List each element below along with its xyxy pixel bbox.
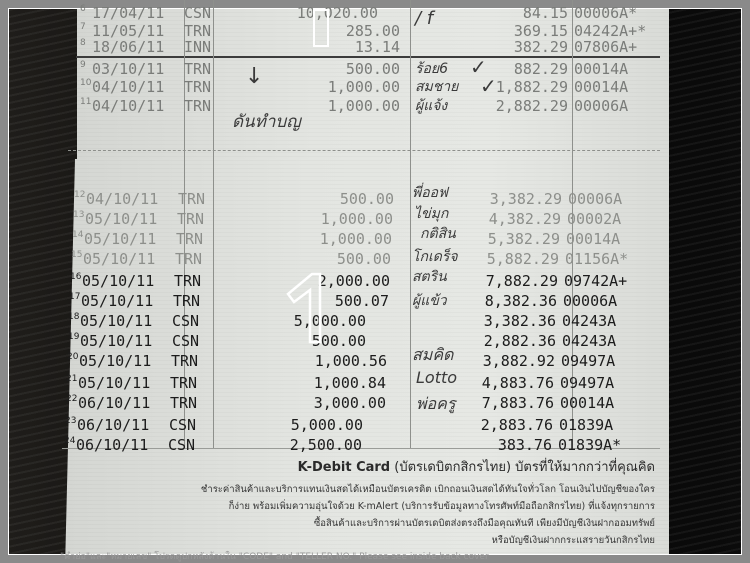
embossed-number-stamp (312, 8, 330, 48)
balance-cell: 3,382.29 (452, 188, 562, 210)
balance-cell: 2,883.76 (443, 414, 553, 436)
teller-cell: 00014A (566, 228, 620, 250)
balance-cell: 5,382.29 (450, 228, 560, 250)
teller-cell: 00002A (567, 208, 621, 230)
handwritten-note: สมคิด (412, 343, 453, 368)
table-row: 1605/10/11TRN2,000.007,882.2909742A+ (70, 270, 660, 292)
promo-text-line: หรือบัญชีเงินฝากกระแสรายวันกสิกรไทย (70, 532, 655, 549)
balance-cell: 4,883.76 (444, 372, 554, 394)
row-number: 8 (80, 32, 86, 54)
table-row: 1505/10/11TRN500.005,882.2901156A* (71, 248, 661, 270)
date-cell: 06/10/11 (76, 434, 148, 456)
table-row: 1104/10/11TRN1,000.002,882.2900006A (80, 95, 670, 117)
balance-cell: 8,382.36 (447, 290, 557, 312)
table-row: 1905/10/11CSN500.002,882.3604243A (68, 330, 658, 352)
code-note: "คำย่อ"และ"หมายเลข" โปรดดูปกหลังด้านใน "… (60, 549, 660, 563)
balance-cell: 3,882.92 (445, 350, 555, 372)
code-cell: TRN (170, 392, 197, 414)
row-number: 24 (64, 430, 75, 452)
date-cell: 05/10/11 (79, 350, 151, 372)
code-cell: TRN (176, 228, 203, 250)
teller-cell: 01839A (559, 414, 613, 436)
code-cell: TRN (173, 290, 200, 312)
date-cell: 05/10/11 (80, 330, 152, 352)
balance-cell: 7,883.76 (444, 392, 554, 414)
date-cell: 05/10/11 (84, 228, 156, 250)
balance-cell: 383.76 (442, 434, 552, 456)
teller-cell: 00006A (568, 188, 622, 210)
promo-text-line: ชำระค่าสินค้าและบริการแทนเงินสดได้เหมือน… (70, 481, 655, 498)
code-cell: CSN (168, 434, 195, 456)
teller-cell: 00006A (574, 95, 628, 117)
table-row: 1204/10/11TRN500.003,382.2900006A (74, 188, 664, 210)
code-cell: INN (184, 36, 211, 58)
handwritten-note: กติสิน (420, 223, 456, 245)
balance-cell: 3,382.36 (446, 310, 556, 332)
row-number: 21 (66, 368, 77, 390)
handwritten-note: ผู้แจ้ง (415, 95, 447, 117)
teller-cell: 01839A* (558, 434, 621, 456)
balance-cell: 5,882.29 (449, 248, 559, 270)
date-cell: 05/10/11 (83, 248, 155, 270)
promo-text-line: ซื้อสินค้าและบริการผ่านบัตรเดบิตส่งตรงถึ… (70, 515, 655, 532)
date-cell: 05/10/11 (80, 310, 152, 332)
handwritten-note: ผู้แข้ว (412, 290, 447, 312)
promo-footer: K-Debit Card (บัตรเดบิตกสิกรไทย) บัตรที่… (70, 456, 655, 549)
code-cell: TRN (170, 372, 197, 394)
table-row: 818/06/11INN13.14382.2907806A+ (80, 36, 670, 58)
teller-cell: 01156A* (565, 248, 628, 270)
date-cell: 06/10/11 (77, 414, 149, 436)
row-number: 19 (68, 326, 79, 348)
code-cell: TRN (177, 208, 204, 230)
table-row: 2306/10/11CSN5,000.002,883.7601839A (65, 414, 655, 436)
withdraw-cell: 1,000.56 (267, 350, 387, 372)
handwritten-note: โกเดร็จ (412, 246, 458, 268)
code-cell: TRN (175, 248, 202, 270)
code-cell: CSN (172, 310, 199, 332)
date-cell: 05/10/11 (81, 290, 153, 312)
table-row: 1405/10/11TRN1,000.005,382.2900014A (72, 228, 662, 250)
row-number: 23 (65, 410, 76, 432)
row-number: 17 (69, 286, 80, 308)
teller-cell: 09497A (561, 350, 615, 372)
promo-text-line: ก็ง่าย พร้อมเพิ่มความอุ่นใจด้วย K-mAlert… (70, 498, 655, 515)
table-row: 1305/10/11TRN1,000.004,382.2900002A (73, 208, 663, 230)
table-row: 1805/10/11CSN5,000.003,382.3604243A (68, 310, 658, 332)
table-row: 2406/10/11CSN2,500.00383.7601839A* (64, 434, 654, 456)
table-row: 2105/10/11TRN1,000.844,883.7609497A (66, 372, 656, 394)
embossed-number-stamp (286, 272, 322, 344)
row-number: 11 (80, 91, 91, 113)
code-cell: TRN (178, 188, 205, 210)
date-cell: 06/10/11 (78, 392, 150, 414)
withdraw-cell: 3,000.00 (266, 392, 386, 414)
withdraw-cell: 13.14 (280, 36, 400, 58)
balance-cell: 2,882.36 (446, 330, 556, 352)
withdraw-cell: 1,000.84 (266, 372, 386, 394)
table-row: 2206/10/11TRN3,000.007,883.7600014A (66, 392, 656, 414)
teller-cell: 00006A (563, 290, 617, 312)
balance-cell: 4,382.29 (451, 208, 561, 230)
handwritten-note: สตริน (412, 266, 447, 288)
handwritten-note: ดันทำบญ (232, 108, 301, 135)
withdraw-cell: 500.00 (274, 188, 394, 210)
code-cell: TRN (171, 350, 198, 372)
teller-cell: 07806A+ (574, 36, 637, 58)
row-number: 14 (72, 224, 83, 246)
deposit-cell: 2,500.00 (232, 434, 362, 456)
row-number: 16 (70, 266, 81, 288)
balance-cell: 2,882.29 (458, 95, 568, 117)
handwritten-note: Lotto (416, 368, 457, 387)
row-number: 15 (71, 244, 82, 266)
arrow-down-icon: ↓ (245, 64, 263, 89)
code-cell: TRN (174, 270, 201, 292)
handwritten-note: / f (415, 8, 433, 29)
deposit-cell: 5,000.00 (233, 414, 363, 436)
date-cell: 05/10/11 (78, 372, 150, 394)
row-number: 18 (68, 306, 79, 328)
table-row: 1705/10/11TRN500.078,382.3600006A (69, 290, 659, 312)
withdraw-cell: 500.00 (271, 248, 391, 270)
row-number: 13 (73, 204, 84, 226)
code-cell: CSN (172, 330, 199, 352)
promo-title: K-Debit Card (บัตรเดบิตกสิกรไทย) บัตรที่… (70, 456, 655, 477)
date-cell: 05/10/11 (82, 270, 154, 292)
table-row: 2005/10/11TRN1,000.563,882.9209497A (67, 350, 657, 372)
handwritten-note: พ่อครู (416, 392, 455, 417)
teller-cell: 00014A (560, 392, 614, 414)
handwritten-note: พี่ออฟ (412, 182, 448, 204)
code-cell: TRN (184, 95, 211, 117)
teller-cell: 04243A (562, 310, 616, 332)
teller-cell: 09742A+ (564, 270, 627, 292)
date-cell: 04/10/11 (92, 95, 164, 117)
row-number: 22 (66, 388, 77, 410)
date-cell: 04/10/11 (86, 188, 158, 210)
checkmark-icon: ✓ (480, 74, 497, 98)
teller-cell: 04243A (562, 330, 616, 352)
date-cell: 18/06/11 (92, 36, 164, 58)
handwritten-note: ไข่มุก (414, 203, 448, 225)
teller-cell: 09497A (560, 372, 614, 394)
row-number: 12 (74, 184, 85, 206)
code-cell: CSN (169, 414, 196, 436)
withdraw-cell: 1,000.00 (273, 208, 393, 230)
withdraw-cell: 1,000.00 (272, 228, 392, 250)
balance-cell: 7,882.29 (448, 270, 558, 292)
date-cell: 05/10/11 (85, 208, 157, 230)
row-number: 20 (67, 346, 78, 368)
